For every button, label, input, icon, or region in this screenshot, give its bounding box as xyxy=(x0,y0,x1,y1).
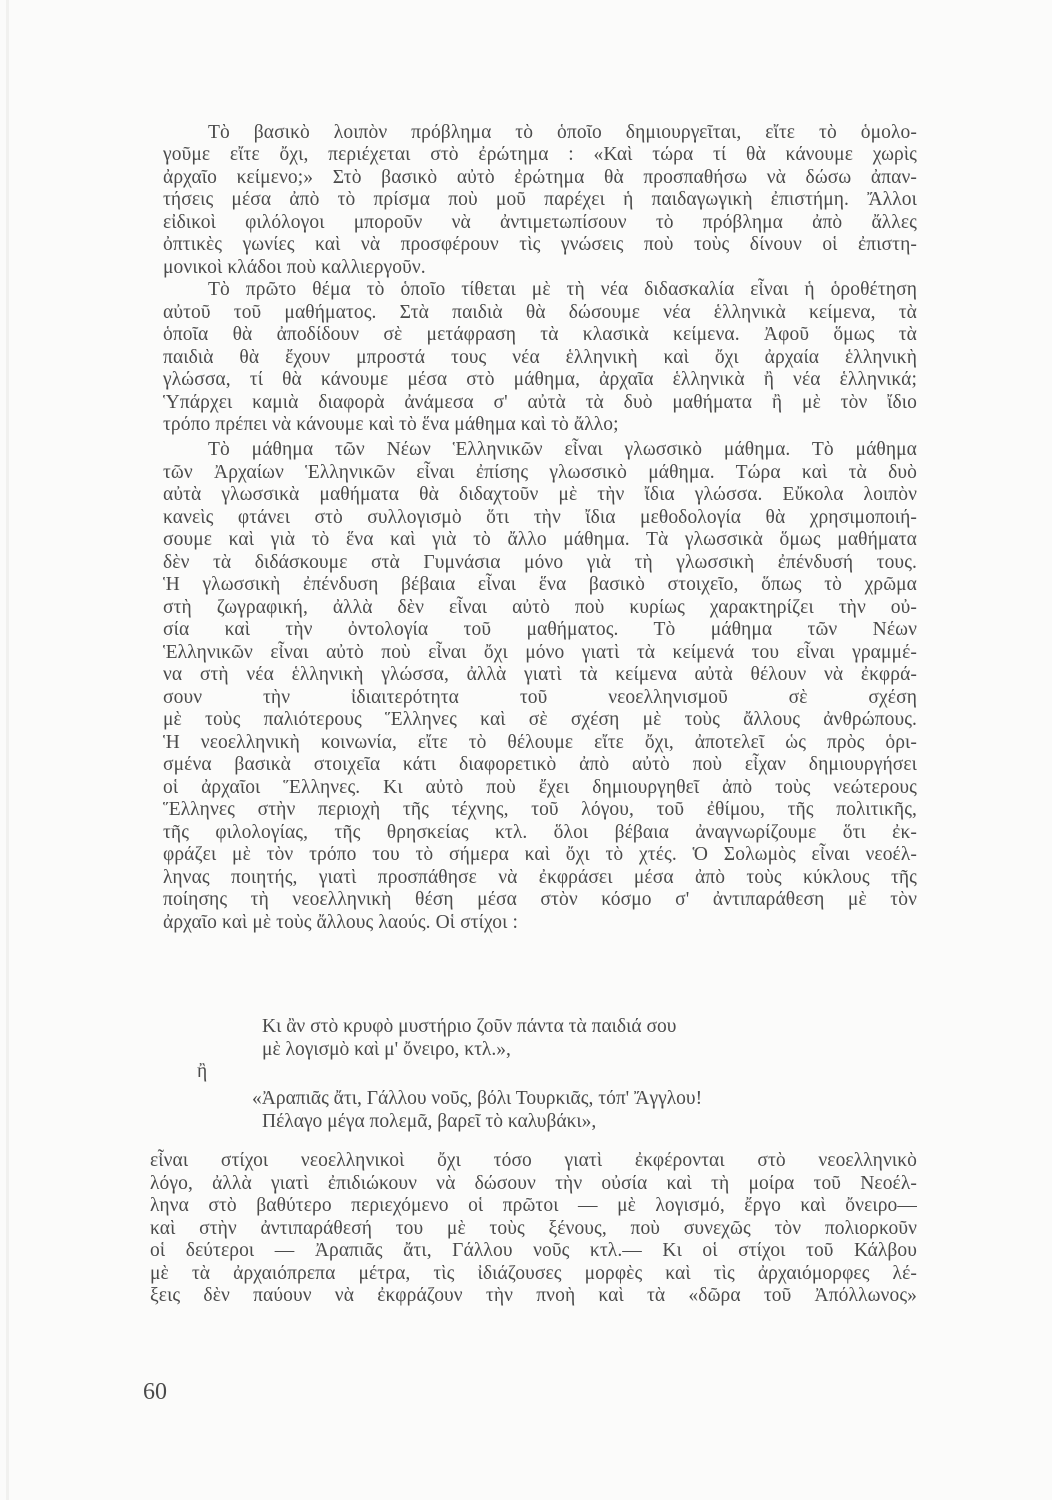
text-line: ξεις δὲν παύουν νὰ ἐκφράζουν τὴν πνοὴ κα… xyxy=(150,1284,917,1308)
scan-edge xyxy=(6,0,9,1500)
text-line: σουν τὴν ἰδιαιτερότητα τοῦ νεοελληνισμοῦ… xyxy=(163,686,917,710)
text-line: τῆς φιλολογίας, τῆς θρησκείας κτλ. ὅλοι … xyxy=(163,821,917,845)
verse-line: Πέλαγο μέγα πολεμᾶ, βαρεῖ τὸ καλυβάκι», xyxy=(262,1110,596,1134)
text-line: μὲ τὰ ἀρχαιόπρεπα μέτρα, τὶς ἰδιάζουσες … xyxy=(150,1262,917,1286)
text-line: Τὸ πρῶτο θέμα τὸ ὁποῖο τίθεται μὲ τὴ νέα… xyxy=(208,278,917,302)
text-line: τρόπο πρέπει νὰ κάνουμε καὶ τὸ ἕνα μάθημ… xyxy=(163,413,917,437)
text-line: γλώσσα, τί θὰ κάνουμε μέσα στὸ μάθημα, ἀ… xyxy=(163,368,917,392)
verse-line: «Ἀραπιᾶς ἄτι, Γάλλου νοῦς, βόλι Τουρκιᾶς… xyxy=(252,1087,702,1111)
text-line: εἶναι στίχοι νεοελληνικοὶ ὄχι τόσο γιατὶ… xyxy=(150,1149,917,1173)
text-line: ὀπτικὲς γωνίες καὶ νὰ προσφέρουν τὶς γνώ… xyxy=(163,233,917,257)
text-line: ληνας ποιητής, γιατὶ προσπάθησε νὰ ἐκφρά… xyxy=(163,866,917,890)
text-line: στὴ ζωγραφική, ἀλλὰ δὲν εἶναι αὐτὸ ποὺ κ… xyxy=(163,596,917,620)
text-line: παιδιὰ θὰ ἔχουν μπροστά τους νέα ἑλληνικ… xyxy=(163,346,917,370)
text-line: καὶ στὴν ἀντιπαράθεσή του μὲ τοὺς ξένους… xyxy=(150,1217,917,1241)
text-line: μονικοὶ κλάδοι ποὺ καλλιεργοῦν. xyxy=(163,256,917,280)
text-line: Ἕλληνες στὴν περιοχὴ τῆς τέχνης, τοῦ λόγ… xyxy=(163,798,917,822)
text-line: ὁποῖα θὰ ἀποδίδουν σὲ μετάφραση τὰ κλασι… xyxy=(163,323,917,347)
text-line: να στὴ νέα ἑλληνικὴ γλώσσα, ἀλλὰ γιατὶ τ… xyxy=(163,663,917,687)
book-page: Τὸ βασικὸ λοιπὸν πρόβλημα τὸ ὁποῖο δημιο… xyxy=(0,0,1052,1500)
text-line: ποίησης τὴ νεοελληνικὴ θέση μέσα στὸν κό… xyxy=(163,888,917,912)
text-line: αὐτοῦ τοῦ μαθήματος. Στὰ παιδιὰ θὰ δώσου… xyxy=(163,301,917,325)
text-line: σμένα βασικὰ στοιχεῖα κάτι διαφορετικὸ ἀ… xyxy=(163,753,917,777)
text-line: Τὸ μάθημα τῶν Νέων Ἑλληνικῶν εἶναι γλωσσ… xyxy=(208,438,917,462)
text-line: Ἡ νεοελληνικὴ κοινωνία, εἴτε τὸ θέλουμε … xyxy=(163,731,917,755)
text-line: λόγο, ἀλλὰ γιατὶ ἐπιδιώκουν νὰ δώσουν τὴ… xyxy=(150,1172,917,1196)
verse-line: μὲ λογισμὸ καὶ μ' ὄνειρο, κτλ.», xyxy=(262,1038,511,1062)
text-line: εἰδικοὶ φιλόλογοι μποροῦν νὰ ἀντιμετωπίσ… xyxy=(163,211,917,235)
text-line: τήσεις μέσα ἀπὸ τὸ πρίσμα ποὺ μοῦ παρέχε… xyxy=(163,188,917,212)
text-line: σία καὶ τὴν ὀντολογία τοῦ μαθήματος. Τὸ … xyxy=(163,618,917,642)
text-line: τῶν Ἀρχαίων Ἑλληνικῶν εἶναι ἐπίσης γλωσσ… xyxy=(163,461,917,485)
text-line: Τὸ βασικὸ λοιπὸν πρόβλημα τὸ ὁποῖο δημιο… xyxy=(208,121,917,145)
text-line: κανεὶς φτάνει στὸ συλλογισμὸ ὅτι τὴν ἴδι… xyxy=(163,506,917,530)
text-line: δὲν τὰ διδάσκουμε στὰ Γυμνάσια μόνο γιὰ … xyxy=(163,551,917,575)
text-line: οἱ δεύτεροι — Ἀραπιᾶς ἄτι, Γάλλου νοῦς κ… xyxy=(150,1239,917,1263)
text-line: φράζει μὲ τὸν τρόπο του τὸ σήμερα καὶ ὄχ… xyxy=(163,843,917,867)
text-line: μὲ τοὺς παλιότερους Ἕλληνες καὶ σὲ σχέση… xyxy=(163,708,917,732)
page-number: 60 xyxy=(143,1378,167,1406)
text-line: οἱ ἀρχαῖοι Ἕλληνες. Κι αὐτὸ ποὺ ἔχει δημ… xyxy=(163,776,917,800)
text-line: ληνα στὸ βαθύτερο περιεχόμενο οἱ πρῶτοι … xyxy=(150,1194,917,1218)
text-line: ἀρχαῖο καὶ μὲ τοὺς ἄλλους λαούς. Οἱ στίχ… xyxy=(163,911,917,935)
text-line: σουμε καὶ γιὰ τὸ ἕνα καὶ γιὰ τὸ ἄλλο μάθ… xyxy=(163,528,917,552)
text-line: γοῦμε εἴτε ὄχι, περιέχεται στὸ ἐρώτημα :… xyxy=(163,143,917,167)
verse-line: Κι ἂν στὸ κρυφὸ μυστήριο ζοῦν πάντα τὰ π… xyxy=(262,1015,676,1039)
text-line: ἀρχαῖο κείμενο;» Στὸ βασικὸ αὐτὸ ἐρώτημα… xyxy=(163,166,917,190)
text-line: Ἑλληνικῶν εἶναι αὐτὸ ποὺ εἶναι ὄχι μόνο … xyxy=(163,641,917,665)
text-line: αὐτὰ γλωσσικὰ μαθήματα θὰ διδαχτοῦν μὲ τ… xyxy=(163,483,917,507)
verse-conjunction: ἢ xyxy=(197,1060,207,1084)
text-line: Ἡ γλωσσικὴ ἐπένδυση βέβαια εἶναι ἕνα βασ… xyxy=(163,573,917,597)
text-line: Ὑπάρχει καμιὰ διαφορὰ ἀνάμεσα σ' αὐτὰ τὰ… xyxy=(163,391,917,415)
